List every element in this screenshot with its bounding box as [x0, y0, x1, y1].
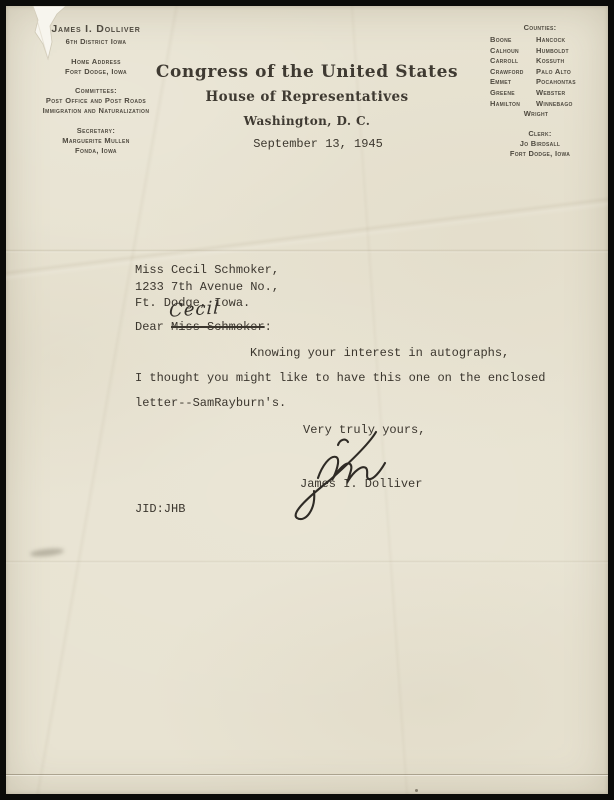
clerk-city: Fort Dodge, Iowa — [476, 149, 604, 158]
county: Pocahontas — [536, 77, 604, 88]
fold-line-upper — [6, 249, 608, 253]
county: Crawford — [490, 67, 536, 78]
county: Greene — [490, 88, 536, 99]
county: Wright — [490, 109, 582, 120]
signature-stroke-flourish — [338, 440, 348, 445]
county: Hancock — [536, 35, 604, 46]
scanned-letter-photo: { "letterhead": { "member": { "name": "J… — [0, 0, 614, 800]
salutation-prefix: Dear — [135, 320, 171, 334]
handwritten-cecil: Cecil — [169, 297, 221, 322]
member-name: James I. Dolliver — [12, 23, 180, 35]
county: Humboldt — [536, 46, 604, 57]
clerk-name: Jo Birdsall — [476, 139, 604, 148]
salutation-colon: : — [265, 320, 272, 334]
letterhead-counties-block: Counties: BooneHancock CalhounHumboldt C… — [476, 23, 604, 158]
county: Winnebago — [536, 99, 604, 110]
ink-smudge — [30, 547, 65, 558]
clerk-label: Clerk: — [476, 129, 604, 138]
body-paragraph-line: letter--SamRayburn's. — [135, 396, 286, 410]
county: Webster — [536, 88, 604, 99]
county: Palo Alto — [536, 67, 604, 78]
letter-paper: James I. Dolliver 6th District Iowa Home… — [6, 6, 608, 794]
member-district: 6th District Iowa — [12, 37, 180, 46]
recipient-line: 1233 7th Avenue No., — [135, 280, 279, 294]
counties-list: BooneHancock CalhounHumboldt CarrollKoss… — [490, 35, 604, 109]
fold-line-lower — [6, 560, 608, 564]
county: Hamilton — [490, 99, 536, 110]
salutation-line: Dear Miss Schmoker: — [135, 320, 272, 334]
paper-speck — [415, 789, 418, 792]
counties-label: Counties: — [476, 23, 604, 32]
salutation-struck-name: Miss Schmoker — [171, 320, 265, 334]
county: Calhoun — [490, 46, 536, 57]
body-paragraph-line: I thought you might like to have this on… — [135, 371, 545, 385]
county: Emmet — [490, 77, 536, 88]
body-paragraph-line: Knowing your interest in autographs, — [135, 346, 509, 360]
county: Boone — [490, 35, 536, 46]
typist-reference: JID:JHB — [135, 502, 185, 516]
recipient-line: Miss Cecil Schmoker, — [135, 263, 279, 277]
county: Carroll — [490, 56, 536, 67]
county: Kossuth — [536, 56, 604, 67]
handwritten-signature — [278, 425, 413, 523]
fold-line-bottom — [6, 774, 608, 777]
